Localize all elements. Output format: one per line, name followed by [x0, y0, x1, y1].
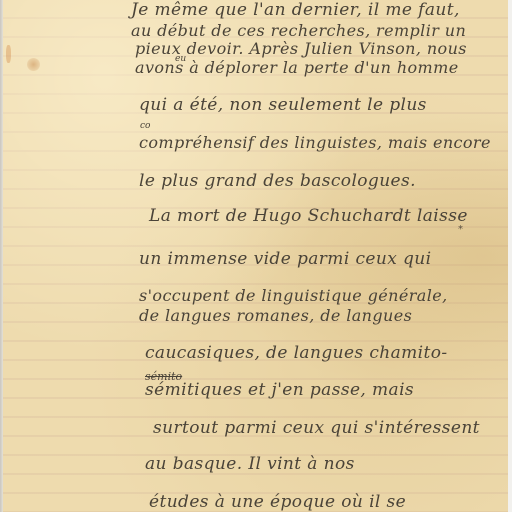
paper-stain	[27, 58, 40, 71]
page-right-edge	[508, 0, 512, 512]
manuscript-line-12: caucasiques, de langues chamito-	[145, 345, 448, 362]
asterisk-mark: *	[458, 225, 463, 235]
insertion-co: co	[140, 122, 150, 131]
manuscript-page: Je même que l'an dernier, il me faut, au…	[3, 0, 508, 512]
manuscript-line-17: études à une époque où il se	[149, 494, 406, 511]
manuscript-line-1: Je même que l'an dernier, il me faut,	[131, 2, 460, 19]
manuscript-line-8: La mort de Hugo Schuchardt laisse	[149, 208, 468, 225]
manuscript-line-2: au début de ces recherches, remplir un	[131, 23, 466, 39]
page-left-edge	[0, 0, 3, 512]
manuscript-line-16: au basque. Il vint à nos	[145, 456, 355, 473]
manuscript-line-15: surtout parmi ceux qui s'intéressent	[153, 420, 480, 437]
paper-stain-edge	[6, 45, 11, 63]
manuscript-line-6: compréhensif des linguistes, mais encore	[139, 135, 491, 151]
manuscript-line-9: un immense vide parmi ceux qui	[139, 251, 431, 268]
manuscript-line-11: de langues romanes, de langues	[139, 308, 412, 324]
manuscript-line-10: s'occupent de linguistique générale,	[139, 288, 448, 304]
manuscript-line-14: sémitiques et j'en passe, mais	[145, 382, 414, 399]
manuscript-line-4: avons à déplorer la perte d'un homme	[135, 60, 459, 76]
manuscript-line-7: le plus grand des bascologues.	[139, 173, 416, 190]
manuscript-line-5: qui a été, non seulement le plus	[139, 97, 427, 114]
